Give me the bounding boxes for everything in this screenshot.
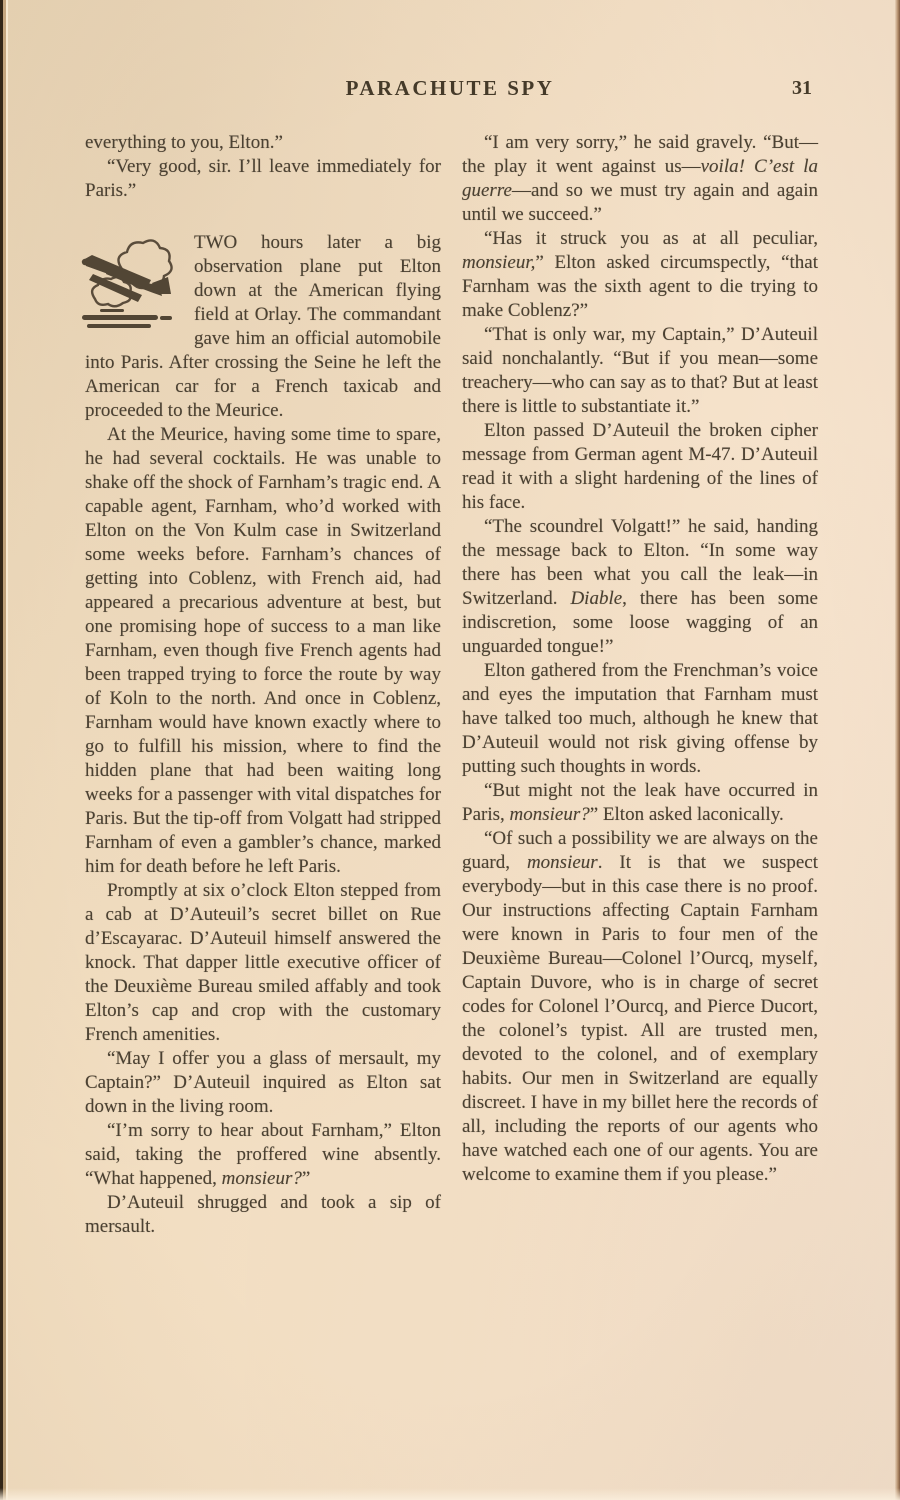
paragraph: “Has it struck you as at all peculiar, m… xyxy=(462,227,818,323)
text-segment: Elton passed D’Auteuil the broken cipher… xyxy=(462,420,818,513)
paragraph: everything to you, Elton.” xyxy=(85,131,441,155)
italic-text-segment: monsieur, xyxy=(462,252,535,273)
left-text-column: everything to you, Elton.”“Very good, si… xyxy=(85,131,441,1239)
book-page-scan: PARACHUTE SPY 31 everything to you, Elto… xyxy=(0,0,900,1500)
paragraph: TWO hours later a big observation plane … xyxy=(85,231,441,423)
text-segment: everything to you, Elton.” xyxy=(85,132,283,153)
text-segment: “That is only war, my Captain,” D’Auteui… xyxy=(462,324,818,417)
paragraph: Elton passed D’Auteuil the broken cipher… xyxy=(462,419,818,515)
paragraph: Promptly at six o’clock Elton stepped fr… xyxy=(85,879,441,1047)
plane-over-clouds-illustration xyxy=(79,233,181,333)
hangar-ground-lines xyxy=(82,309,172,328)
paragraph: “I am very sorry,” he said gravely. “But… xyxy=(462,131,818,227)
paragraph: “The scoundrel Volgatt!” he said, handin… xyxy=(462,515,818,659)
paragraph: “Of such a possibility we are always on … xyxy=(462,827,818,1187)
italic-text-segment: monsieur? xyxy=(510,804,590,825)
paragraph: “That is only war, my Captain,” D’Auteui… xyxy=(462,323,818,419)
text-segment: D’Auteuil shrugged and took a sip of mer… xyxy=(85,1192,441,1237)
text-columns: everything to you, Elton.”“Very good, si… xyxy=(85,131,818,1239)
text-segment: “Has it struck you as at all peculiar, xyxy=(484,228,818,249)
text-segment: ” Elton asked laconically. xyxy=(590,804,784,825)
paragraph: “May I offer you a glass of mersault, my… xyxy=(85,1047,441,1119)
running-head: PARACHUTE SPY 31 xyxy=(0,76,900,104)
right-text-column: “I am very sorry,” he said gravely. “But… xyxy=(462,131,818,1239)
binding-edge-highlight xyxy=(6,0,8,1500)
biplane-silhouette xyxy=(82,255,171,302)
page-number: 31 xyxy=(792,77,812,100)
italic-text-segment: monsieur xyxy=(527,852,598,873)
page-bottom-edge xyxy=(0,1488,900,1500)
paragraph: At the Meurice, having some time to spar… xyxy=(85,423,441,879)
running-head-title: PARACHUTE SPY xyxy=(0,76,900,101)
paragraph: “I’m sorry to hear about Farnham,” Elton… xyxy=(85,1119,441,1191)
text-segment: Promptly at six o’clock Elton stepped fr… xyxy=(85,880,441,1045)
text-segment: . It is that we suspect everybody—but in… xyxy=(462,852,818,1185)
italic-text-segment: monsieur? xyxy=(222,1168,302,1189)
text-segment: “May I offer you a glass of mersault, my… xyxy=(85,1048,441,1117)
italic-text-segment: Diable xyxy=(570,588,622,609)
paragraph: D’Auteuil shrugged and took a sip of mer… xyxy=(85,1191,441,1239)
text-segment: Elton gathered from the Frenchman’s voic… xyxy=(462,660,818,777)
text-segment: —and so we must try again and again unti… xyxy=(462,180,818,225)
paragraph: “Very good, sir. I’ll leave immediately … xyxy=(85,155,441,203)
text-segment: “Very good, sir. I’ll leave immediately … xyxy=(85,156,441,201)
text-segment: ” xyxy=(302,1168,310,1189)
page-right-edge xyxy=(895,0,900,1500)
paragraph: “But might not the leak have occurred in… xyxy=(462,779,818,827)
paragraph: Elton gathered from the Frenchman’s voic… xyxy=(462,659,818,779)
text-segment: At the Meurice, having some time to spar… xyxy=(85,424,441,877)
